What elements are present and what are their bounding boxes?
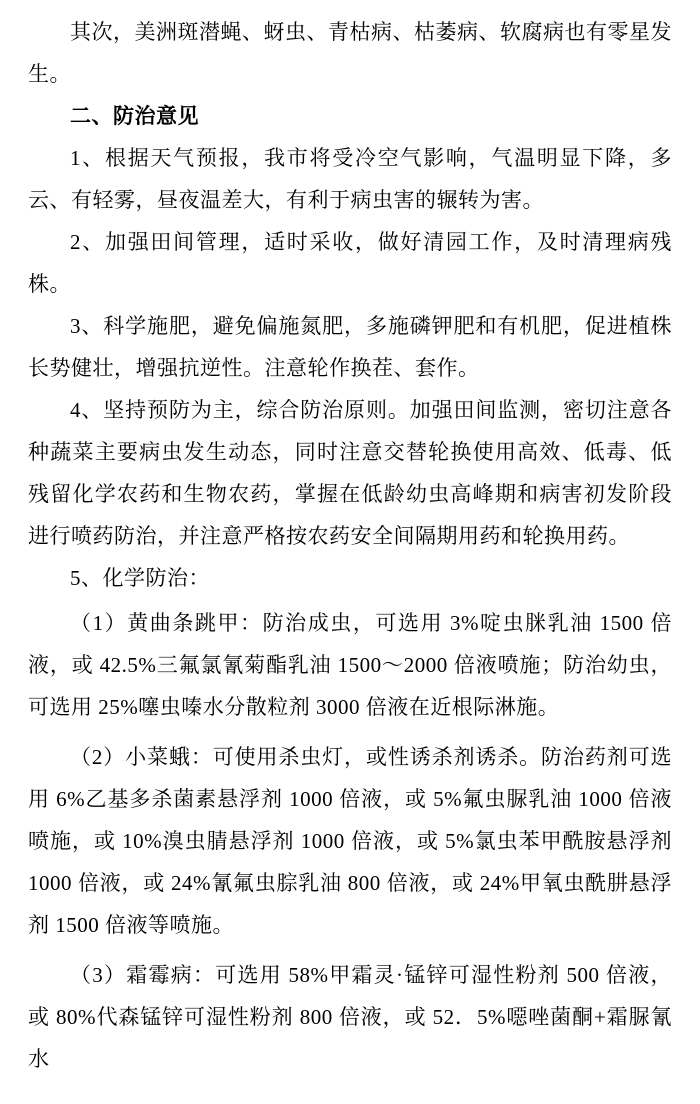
paragraph-prevention-principle: 4、坚持预防为主，综合防治原则。加强田间监测，密切注意各种蔬菜主要病虫发生动态，… — [28, 389, 672, 557]
paragraph-item-2-diamondback-moth: （2）小菜蛾：可使用杀虫灯，或性诱杀剂诱杀。防治药剂可选用 6%乙基多杀菌素悬浮… — [28, 736, 672, 946]
section-heading-control-opinions: 二、防治意见 — [28, 95, 672, 137]
paragraph-field-management: 2、加强田间管理，适时采收，做好清园工作，及时清理病残株。 — [28, 221, 672, 305]
paragraph-item-1-flea-beetle: （1）黄曲条跳甲：防治成虫，可选用 3%啶虫脒乳油 1500 倍液，或 42.5… — [28, 602, 672, 728]
document-page: 其次，美洲斑潜蝇、蚜虫、青枯病、枯萎病、软腐病也有零星发生。 二、防治意见 1、… — [0, 0, 700, 1104]
paragraph-chemical-control-heading: 5、化学防治： — [28, 557, 672, 599]
paragraph-weather-forecast: 1、根据天气预报，我市将受冷空气影响，气温明显下降，多云、有轻雾，昼夜温差大，有… — [28, 137, 672, 221]
paragraph-item-3-downy-mildew: （3）霜霉病：可选用 58%甲霜灵·锰锌可湿性粉剂 500 倍液，或 80%代森… — [28, 954, 672, 1080]
paragraph-other-pests: 其次，美洲斑潜蝇、蚜虫、青枯病、枯萎病、软腐病也有零星发生。 — [28, 11, 672, 95]
paragraph-fertilization: 3、科学施肥，避免偏施氮肥，多施磷钾肥和有机肥，促进植株长势健壮，增强抗逆性。注… — [28, 305, 672, 389]
